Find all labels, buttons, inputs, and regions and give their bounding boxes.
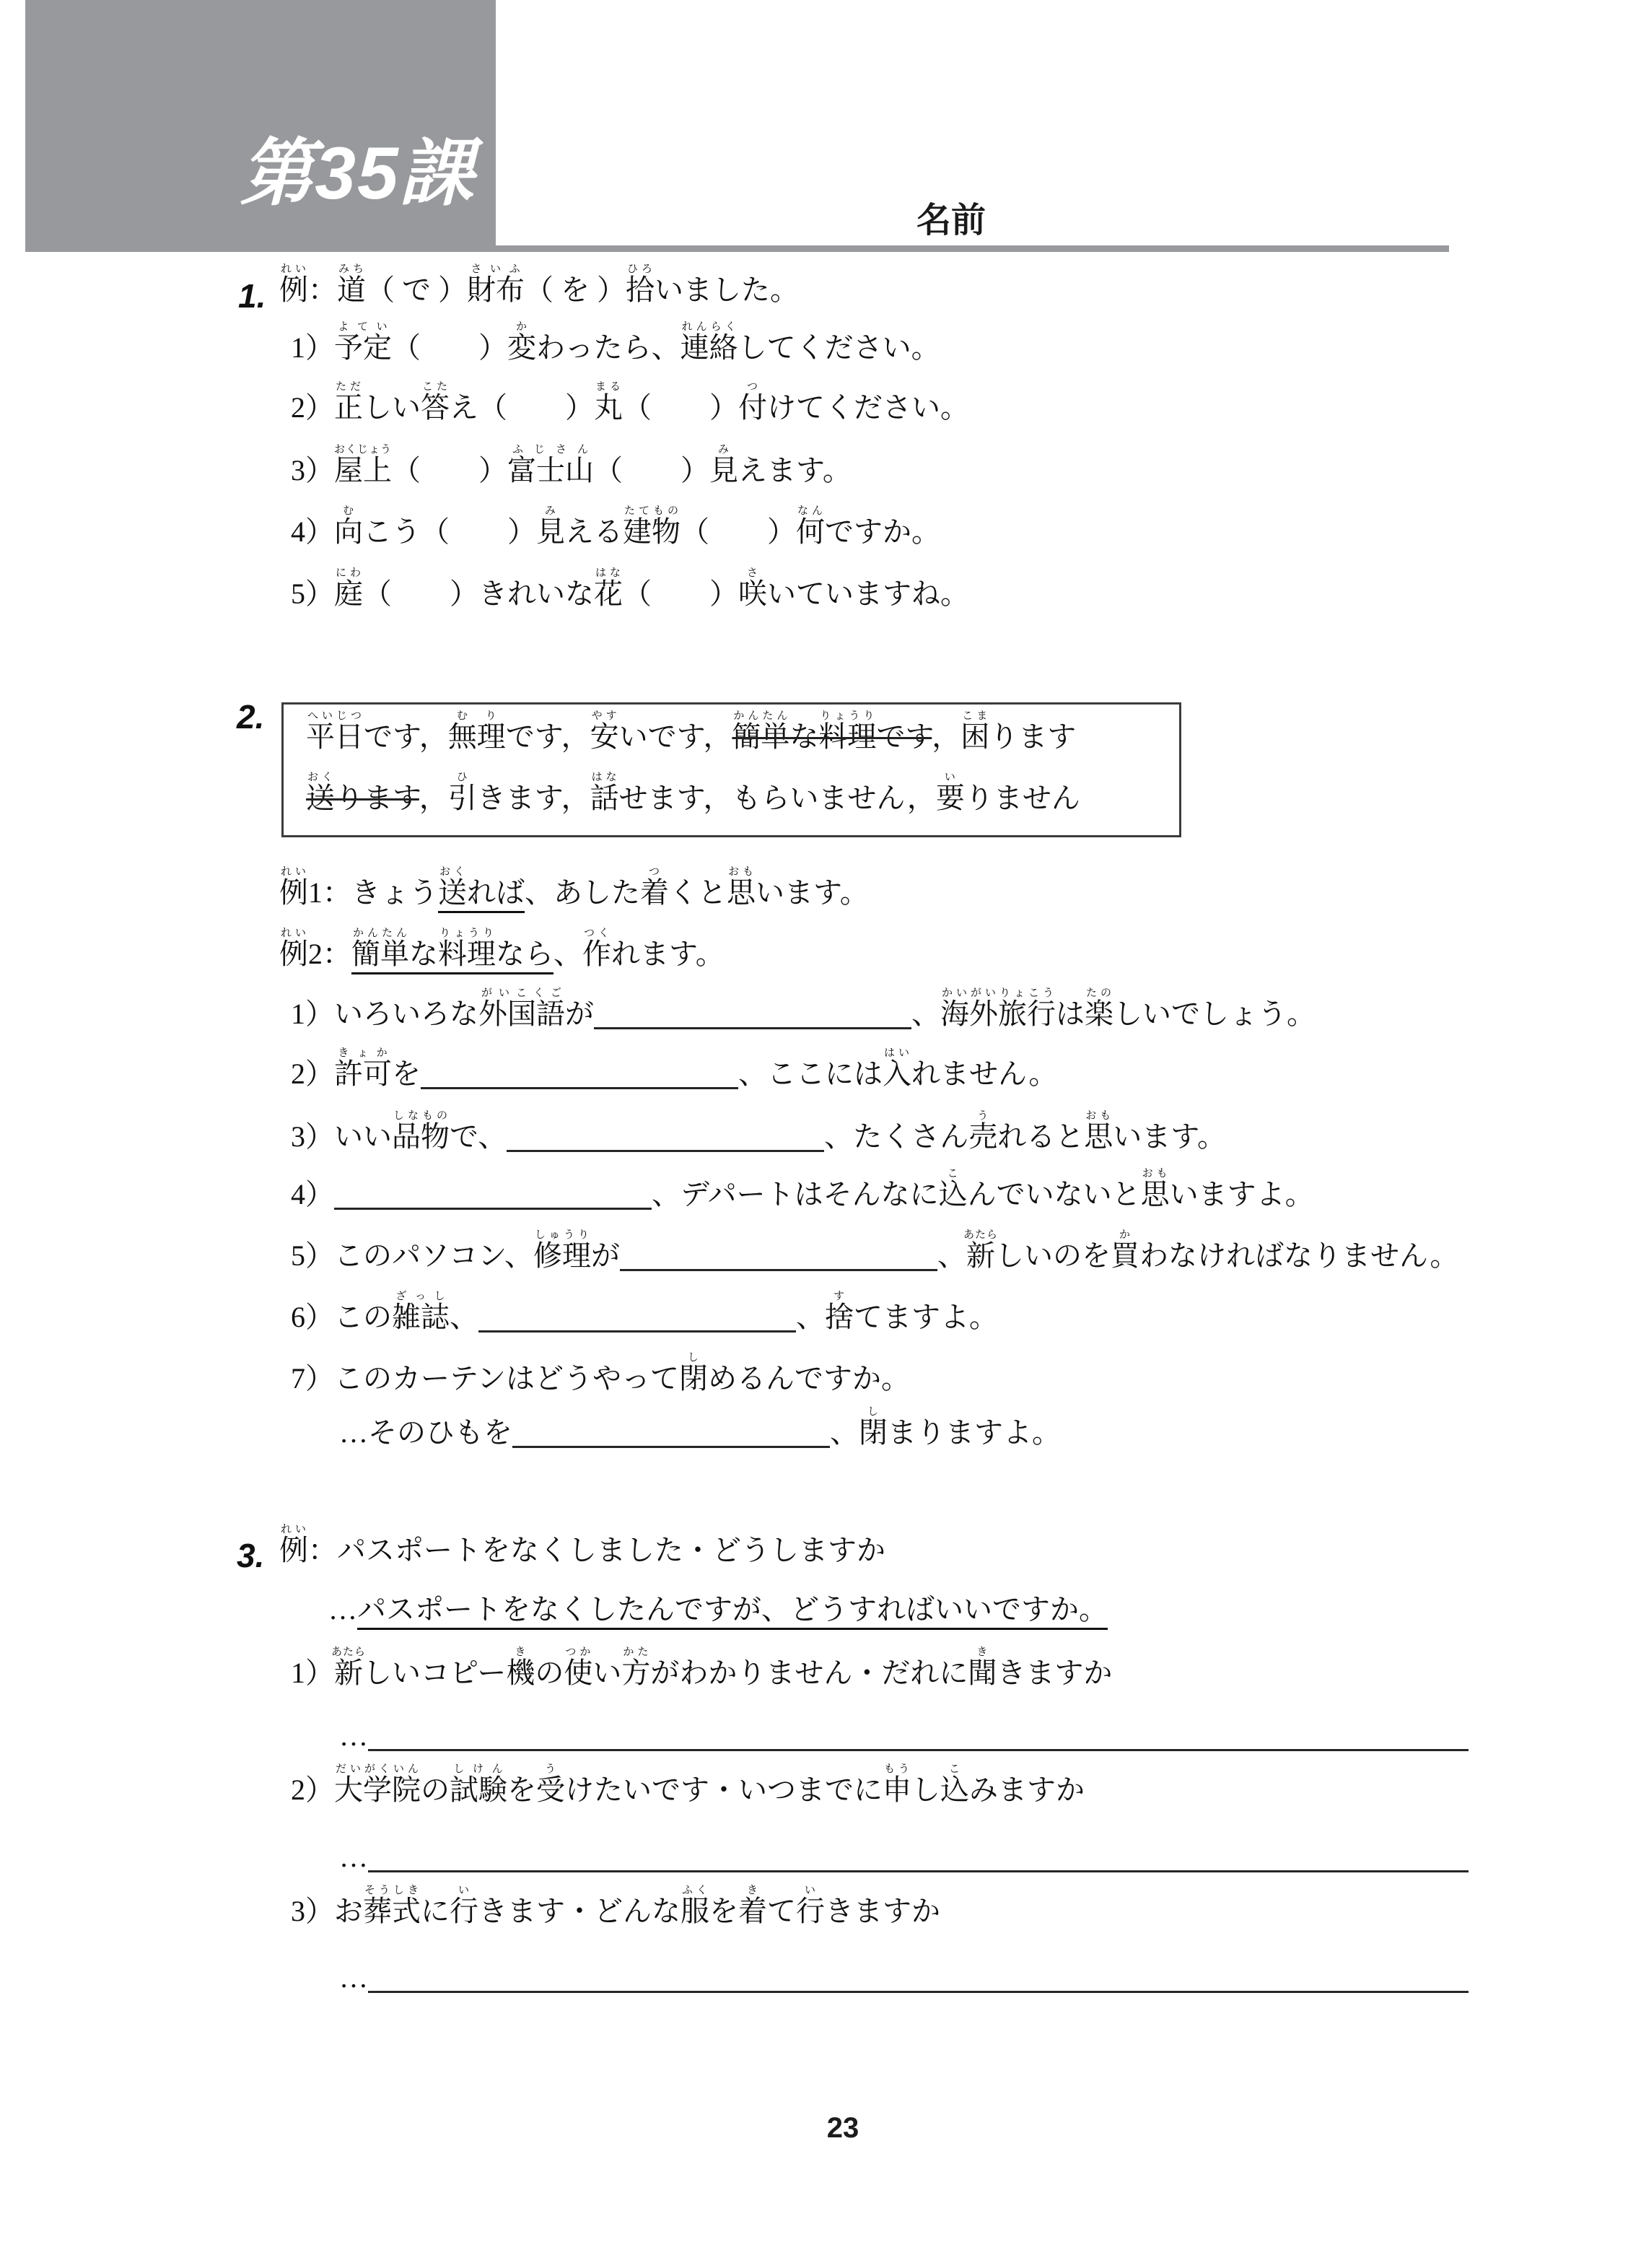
ruby-text: 困こま <box>960 720 989 753</box>
text-run: な <box>789 720 818 753</box>
struck-text: 送おくります <box>306 782 419 814</box>
text-run: （ ） <box>594 454 709 487</box>
text-run: 2） <box>291 1057 334 1090</box>
ruby-text: 財布さいふ <box>467 274 525 306</box>
ruby-text: 丸まる <box>594 391 623 424</box>
ruby-text: 作つく <box>582 938 611 970</box>
ruby-text: 庭にわ <box>334 577 363 610</box>
text-run: ：パスポートをなくしました・どうしますか <box>308 1534 885 1566</box>
ruby-text: 閉し <box>679 1362 708 1395</box>
s2-item-5: 5）このパソコン、修理しゅうりが、新あたらしいのを買かわなければなりません。 <box>291 1229 1458 1275</box>
text-run: の <box>535 1657 564 1689</box>
ruby-text: 簡単かんたん <box>732 720 789 753</box>
s3-item-1: 1）新あたらしいコピー機きの使つかい方かたがわかりません・だれに聞ききますか <box>291 1647 1112 1693</box>
text-run: 、 <box>450 1301 478 1333</box>
answer-blank[interactable] <box>594 1006 911 1029</box>
text-run: いていますね。 <box>767 577 969 610</box>
text-run: で、 <box>450 1120 507 1153</box>
ruby-text: 服ふく <box>680 1895 709 1927</box>
text-run: （ ） <box>623 577 738 610</box>
ruby-text: 入はい <box>883 1057 911 1090</box>
s3-answer-line-3: … <box>339 1955 1469 2001</box>
text-run: います。 <box>1113 1120 1226 1153</box>
text-run: を <box>392 1057 421 1090</box>
text-run: んでいないと <box>968 1178 1141 1211</box>
ruby-text: 送おく <box>306 782 335 814</box>
answer-blank[interactable] <box>512 1424 830 1448</box>
ruby-text: 聞き <box>968 1657 997 1689</box>
s1-item-3: 3）屋上おくじょう（ ）富士山ふじさん（ ）見みえます。 <box>291 444 852 490</box>
text-run: … <box>339 1841 368 1873</box>
s2-item-7-answer: …そのひもを、閉しまりますよ。 <box>339 1406 1061 1452</box>
underlined-text: 送おくれば <box>438 876 525 913</box>
text-run: 2： <box>308 938 351 970</box>
answer-blank[interactable] <box>620 1247 937 1271</box>
ruby-text: 使つか <box>564 1657 592 1689</box>
text-run: きますか <box>825 1895 940 1927</box>
text-run: が <box>591 1239 620 1272</box>
text-run: なら <box>496 938 553 970</box>
s2-item-6: 6）この雑誌ざっし、、捨すてますよ。 <box>291 1291 998 1337</box>
text-run: みますか <box>969 1774 1085 1806</box>
s1-item-5: 5）庭にわ（ ）きれいな花はな（ ）咲さいていますね。 <box>291 567 969 614</box>
section-3-label: 3. <box>237 1538 264 1574</box>
text-run: しいのを <box>995 1239 1111 1272</box>
text-run: こう（ ） <box>363 515 536 548</box>
text-run: 、 <box>553 938 582 970</box>
text-run: 、デパートはそんなに <box>652 1178 939 1211</box>
text-run: ります <box>335 782 419 814</box>
ruby-text: 試験しけん <box>450 1774 507 1806</box>
ruby-text: 行い <box>796 1895 825 1927</box>
ruby-text: 着つ <box>640 876 669 909</box>
ruby-text: 新あたら <box>966 1239 995 1272</box>
ruby-text: 思おも <box>1141 1178 1170 1211</box>
text-run: です <box>506 720 561 753</box>
ruby-text: 例れい <box>279 876 308 909</box>
text-run: しいでしょう。 <box>1113 998 1316 1030</box>
word-choice-box: 平日へいじつです，無理むりです，安やすいです，簡単かんたんな料理りょうりです，困… <box>281 702 1181 837</box>
text-run: 、ここには <box>738 1057 883 1090</box>
s3-example-answer: …パスポートをなくしたんですが、どうすればいいですか。 <box>328 1587 1108 1633</box>
s3-answer-line-1: … <box>339 1713 1469 1759</box>
answer-blank[interactable] <box>507 1128 824 1152</box>
text-run: せます <box>619 782 704 814</box>
text-run: は <box>1056 998 1085 1030</box>
ruby-text: 雑誌ざっし <box>392 1301 450 1333</box>
ruby-text: 無理むり <box>448 720 506 753</box>
text-run: めるんですか。 <box>708 1362 910 1395</box>
text-run: な <box>409 938 438 970</box>
text-run: ， <box>419 720 448 753</box>
ruby-text: 向む <box>334 515 363 548</box>
text-run: です <box>876 720 932 753</box>
text-run: いです <box>619 720 704 753</box>
text-run: してください。 <box>738 331 940 364</box>
text-run: 5） <box>291 577 334 610</box>
header-divider-band <box>25 245 1449 252</box>
text-run: 1）いろいろな <box>291 998 478 1030</box>
text-run: パスポートをなくしたんですが、どうすればいいですか。 <box>357 1593 1108 1626</box>
text-run: 7）このカーテンはどうやって <box>291 1362 679 1395</box>
ruby-text: 大学院だいがくいん <box>334 1774 421 1806</box>
text-run: （ ） <box>392 331 507 364</box>
ruby-text: 見み <box>536 515 565 548</box>
ruby-text: 海外旅行かいがいりょこう <box>940 998 1056 1030</box>
ruby-text: 富士山ふじさん <box>507 454 594 487</box>
s2-item-2: 2）許可きょかを、ここには入はいれません。 <box>291 1047 1057 1094</box>
ruby-text: 込こ <box>939 1178 968 1211</box>
text-run: しい <box>363 391 421 424</box>
text-run: れば <box>467 876 525 909</box>
s1-item-1: 1）予定よてい（ ）変かわったら、連絡れんらくしてください。 <box>291 321 940 367</box>
name-write-area[interactable] <box>1003 195 1447 244</box>
ruby-text: 屋上おくじょう <box>334 454 392 487</box>
text-run: を <box>709 1895 738 1927</box>
text-run: て <box>767 1895 796 1927</box>
ruby-text: 許可きょか <box>334 1057 392 1090</box>
s2-example-1: 例れい1：きょう送おくれば、あした着つくと思おもいます。 <box>279 866 869 912</box>
answer-blank[interactable] <box>368 1727 1469 1751</box>
text-run: し <box>911 1774 940 1806</box>
text-run: 、 <box>911 998 940 1030</box>
worksheet-page: 第35課 名前 1. 例れい：道みち（ で ）財布さいふ（ を ）拾ひろいました… <box>0 0 1628 2268</box>
ruby-text: 売う <box>968 1120 997 1153</box>
text-run: … <box>339 1719 368 1752</box>
ruby-text: 道みち <box>337 274 366 306</box>
text-run: がわかりません・だれに <box>650 1657 968 1689</box>
section-1-label: 1. <box>238 278 266 314</box>
ruby-text: 行い <box>450 1895 478 1927</box>
ruby-text: 思おも <box>727 876 756 909</box>
text-run: きますか <box>997 1657 1112 1689</box>
s2-item-7: 7）このカーテンはどうやって閉しめるんですか。 <box>291 1352 910 1398</box>
text-run: ですか。 <box>825 515 940 548</box>
ruby-text: 簡単かんたん <box>351 938 409 970</box>
answer-blank[interactable] <box>334 1186 652 1210</box>
text-run: 、 <box>796 1301 825 1333</box>
text-run: 1） <box>291 331 334 364</box>
text-run: くと <box>669 876 727 909</box>
text-run: えます。 <box>738 454 852 487</box>
ruby-text: 花はな <box>594 577 623 610</box>
ruby-text: 品物しなもの <box>392 1120 450 1153</box>
underlined-text: パスポートをなくしたんですが、どうすればいいですか。 <box>357 1593 1108 1630</box>
text-run: 3）お <box>291 1895 363 1927</box>
text-run: … <box>339 1961 368 1994</box>
text-run: （ で ） <box>366 274 467 306</box>
ruby-text: 拾ひろ <box>626 274 655 306</box>
ruby-text: 込こ <box>940 1774 969 1806</box>
text-run: 、 <box>937 1239 966 1272</box>
s1-example-line: 例れい：道みち（ で ）財布さいふ（ を ）拾ひろいました。 <box>279 263 799 310</box>
text-run: 、 <box>830 1416 859 1449</box>
text-run: きます <box>477 782 561 814</box>
ruby-text: 答こた <box>421 391 450 424</box>
text-run: けてください。 <box>767 391 969 424</box>
text-run: いました。 <box>655 274 799 306</box>
text-run: わったら、 <box>536 331 680 364</box>
s2-item-3: 3）いい品物しなもので、、たくさん売うれると思おもいます。 <box>291 1110 1226 1156</box>
s2-example-2: 例れい2：簡単かんたんな料理りょうりなら、作つくれます。 <box>279 928 725 974</box>
text-run: （ ）きれいな <box>363 577 594 610</box>
ruby-text: 正ただ <box>334 391 363 424</box>
ruby-text: 機き <box>506 1657 535 1689</box>
lesson-title: 第35課 <box>216 130 498 224</box>
text-run: 3） <box>291 454 334 487</box>
text-run: 2） <box>291 1774 334 1806</box>
ruby-text: 新あたら <box>334 1657 363 1689</box>
text-run: 1：きょう <box>308 876 438 909</box>
s2-item-1: 1）いろいろな外国語がいこくごが、海外旅行かいがいりょこうは楽たのしいでしょう。 <box>291 987 1316 1034</box>
underlined-text: 簡単かんたんな料理りょうりなら <box>351 938 553 974</box>
text-run: い <box>592 1657 621 1689</box>
ruby-text: 方かた <box>621 1657 650 1689</box>
text-run: 、たくさん <box>824 1120 968 1153</box>
answer-blank[interactable] <box>421 1065 738 1089</box>
text-run: しいコピー <box>363 1657 506 1689</box>
ruby-text: 受う <box>536 1774 565 1806</box>
ruby-text: 楽たの <box>1085 998 1113 1030</box>
text-run: … <box>328 1593 357 1626</box>
text-run: ： <box>308 274 337 306</box>
text-run: 5）このパソコン、 <box>291 1239 533 1272</box>
ruby-text: 申もう <box>883 1774 911 1806</box>
word-box-row-1: 平日へいじつです，無理むりです，安やすいです，簡単かんたんな料理りょうりです，困… <box>306 710 1076 756</box>
section-2-label: 2. <box>237 699 264 735</box>
text-run: てますよ。 <box>854 1301 998 1333</box>
text-run: 3）いい <box>291 1120 392 1153</box>
ruby-text: 話はな <box>590 782 619 814</box>
page-number: 23 <box>807 2112 879 2145</box>
text-run: 4） <box>291 515 334 548</box>
text-run: ， <box>932 720 960 753</box>
text-run: わなければなりません。 <box>1139 1239 1458 1272</box>
struck-text: 簡単かんたんな料理りょうりです <box>732 720 932 753</box>
ruby-text: 見み <box>709 454 738 487</box>
ruby-text: 例れい <box>279 1534 308 1566</box>
word-box-row-2: 送おくります，引ひきます，話はなせます，もらいません，要いりません <box>306 772 1080 818</box>
s2-item-4: 4）、デパートはそんなに込こんでいないと思おもいますよ。 <box>291 1168 1314 1214</box>
ruby-text: 料理りょうり <box>818 720 876 753</box>
ruby-text: 引ひ <box>448 782 477 814</box>
text-run: を <box>507 1774 536 1806</box>
ruby-text: 連絡れんらく <box>680 331 738 364</box>
text-run: けたいです・いつまでに <box>565 1774 883 1806</box>
s3-answer-line-2: … <box>339 1834 1469 1880</box>
text-run: います。 <box>756 876 869 909</box>
ruby-text: 要い <box>936 782 965 814</box>
text-run: 6）この <box>291 1301 392 1333</box>
ruby-text: 平日へいじつ <box>306 720 364 753</box>
ruby-text: 例れい <box>279 938 308 970</box>
text-run: の <box>421 1774 450 1806</box>
ruby-text: 咲さ <box>738 577 767 610</box>
s3-example-line: 例れい：パスポートをなくしました・どうしますか <box>279 1524 885 1570</box>
answer-blank[interactable] <box>368 1969 1469 1993</box>
text-run: れると <box>997 1120 1084 1153</box>
text-run: ， <box>419 782 448 814</box>
ruby-text: 着き <box>738 1895 767 1927</box>
text-run: れます。 <box>611 938 725 970</box>
answer-blank[interactable] <box>368 1849 1469 1872</box>
text-run: ， <box>703 720 732 753</box>
s1-item-4: 4）向むこう（ ）見みえる建物たてもの（ ）何なんですか。 <box>291 505 940 551</box>
ruby-text: 思おも <box>1084 1120 1113 1153</box>
ruby-text: 買か <box>1111 1239 1139 1272</box>
ruby-text: 付つ <box>738 391 767 424</box>
ruby-text: 送おく <box>438 876 467 909</box>
ruby-text: 例れい <box>279 274 308 306</box>
text-run: える <box>565 515 623 548</box>
s3-item-2: 2）大学院だいがくいんの試験しけんを受うけたいです・いつまでに申もうし込こみます… <box>291 1763 1085 1810</box>
text-run: きます・どんな <box>478 1895 680 1927</box>
answer-blank[interactable] <box>478 1309 796 1333</box>
ruby-text: 葬式そうしき <box>363 1895 421 1927</box>
ruby-text: 外国語がいこくご <box>478 998 565 1030</box>
ruby-text: 捨す <box>825 1301 854 1333</box>
s1-item-2: 2）正ただしい答こたえ（ ）丸まる（ ）付つけてください。 <box>291 381 969 427</box>
text-run: ります <box>989 720 1076 753</box>
text-run: ， <box>561 720 590 753</box>
text-run: 2） <box>291 391 334 424</box>
text-run: いますよ。 <box>1170 1178 1314 1211</box>
ruby-text: 変か <box>507 331 536 364</box>
text-run: りません <box>965 782 1080 814</box>
name-label: 名前 <box>916 202 986 240</box>
ruby-text: 安やす <box>590 720 619 753</box>
text-run: れません。 <box>911 1057 1057 1090</box>
ruby-text: 料理りょうり <box>438 938 496 970</box>
text-run: （ ） <box>392 454 507 487</box>
ruby-text: 建物たてもの <box>623 515 680 548</box>
text-run: まりますよ。 <box>888 1416 1061 1449</box>
text-run: ，もらいません， <box>703 782 935 814</box>
text-run: 1） <box>291 1657 334 1689</box>
text-run: （ ） <box>623 391 738 424</box>
text-run: え（ ） <box>450 391 594 424</box>
text-run: 、あした <box>525 876 640 909</box>
s3-item-3: 3）お葬式そうしきに行いきます・どんな服ふくを着きて行いきますか <box>291 1885 940 1931</box>
ruby-text: 閉し <box>859 1416 888 1449</box>
text-run: が <box>565 998 594 1030</box>
text-run: に <box>421 1895 450 1927</box>
ruby-text: 予定よてい <box>334 331 392 364</box>
text-run: …そのひもを <box>339 1416 512 1449</box>
ruby-text: 修理しゅうり <box>533 1239 591 1272</box>
text-run: （ を ） <box>525 274 626 306</box>
text-run: ， <box>561 782 590 814</box>
text-run: （ ） <box>680 515 796 548</box>
text-run: 4） <box>291 1178 334 1211</box>
ruby-text: 何なん <box>796 515 825 548</box>
text-run: です <box>364 720 419 753</box>
